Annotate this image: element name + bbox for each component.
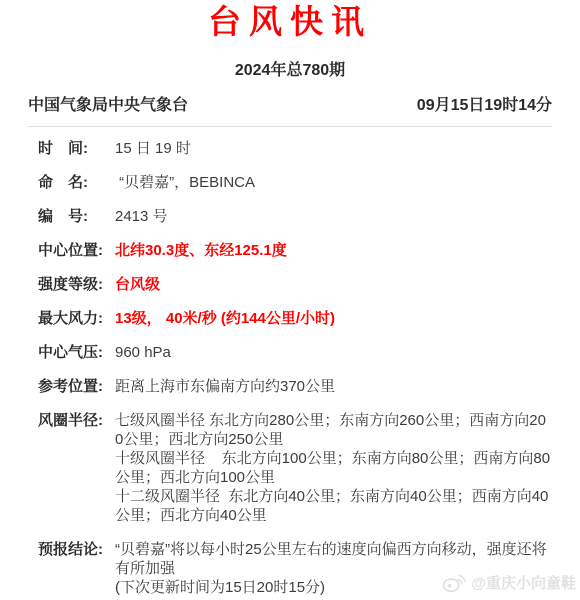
field-row-0: 时 间: 15 日 19 时 <box>28 139 552 158</box>
bulletin-fields: 时 间: 15 日 19 时 命 名: “贝碧嘉”，BEBINCA 编 号: 2… <box>28 139 552 597</box>
header-row: 中国气象局中央气象台 09月15日19时14分 <box>28 97 552 115</box>
field-value-line: 十级风圈半径 东北方向100公里；东南方向80公里；西南方向80公里；西北方向1… <box>115 449 552 487</box>
watermark-text: @重庆小向童鞋 <box>471 572 576 593</box>
field-label: 预报结论: <box>28 540 115 559</box>
field-value: 960 hPa <box>115 343 552 362</box>
field-row-1: 命 名: “贝碧嘉”，BEBINCA <box>28 173 552 192</box>
field-value: 距离上海市东偏南方向约370公里 <box>115 377 552 396</box>
field-row-4: 强度等级: 台风级 <box>28 275 552 294</box>
field-row-7: 参考位置: 距离上海市东偏南方向约370公里 <box>28 377 552 396</box>
field-value-line: 北纬30.3度、东经125.1度 <box>115 241 552 260</box>
page-title: 台风快讯 <box>28 0 552 41</box>
weibo-icon <box>442 572 466 593</box>
header-divider <box>28 126 552 127</box>
field-label: 参考位置: <box>28 377 115 396</box>
field-label: 强度等级: <box>28 275 115 294</box>
field-row-5: 最大风力: 13级， 40米/秒 (约144公里/小时) <box>28 309 552 328</box>
field-value: 七级风圈半径 东北方向280公里；东南方向260公里；西南方向200公里；西北方… <box>115 411 552 525</box>
publish-datetime: 09月15日19时14分 <box>417 97 552 115</box>
field-value-line: 距离上海市东偏南方向约370公里 <box>115 377 552 396</box>
field-row-6: 中心气压: 960 hPa <box>28 343 552 362</box>
field-value: 台风级 <box>115 275 552 294</box>
field-label: 中心位置: <box>28 241 115 260</box>
field-value: “贝碧嘉”，BEBINCA <box>115 173 552 192</box>
field-value-line: 15 日 19 时 <box>115 139 552 158</box>
agency-name: 中国气象局中央气象台 <box>28 97 188 115</box>
field-value: 15 日 19 时 <box>115 139 552 158</box>
field-label: 中心气压: <box>28 343 115 362</box>
watermark: @重庆小向童鞋 <box>442 572 576 593</box>
field-label: 风圈半径: <box>28 411 115 430</box>
field-label: 最大风力: <box>28 309 115 328</box>
field-value: 13级， 40米/秒 (约144公里/小时) <box>115 309 552 328</box>
field-value-line: 2413 号 <box>115 207 552 226</box>
field-value-line: 七级风圈半径 东北方向280公里；东南方向260公里；西南方向200公里；西北方… <box>115 411 552 449</box>
field-row-8: 风圈半径: 七级风圈半径 东北方向280公里；东南方向260公里；西南方向200… <box>28 411 552 525</box>
field-value: 北纬30.3度、东经125.1度 <box>115 241 552 260</box>
field-value-line: 十二级风圈半径 东北方向40公里；东南方向40公里；西南方向40公里；西北方向4… <box>115 487 552 525</box>
field-label: 时 间: <box>28 139 115 158</box>
field-value-line: “贝碧嘉”，BEBINCA <box>115 173 552 192</box>
field-value-line: 台风级 <box>115 275 552 294</box>
field-label: 命 名: <box>28 173 115 192</box>
typhoon-bulletin-page: 台风快讯 2024年总780期 中国气象局中央气象台 09月15日19时14分 … <box>0 0 580 600</box>
field-label: 编 号: <box>28 207 115 226</box>
field-row-2: 编 号: 2413 号 <box>28 207 552 226</box>
issue-number: 2024年总780期 <box>28 62 552 80</box>
field-row-3: 中心位置: 北纬30.3度、东经125.1度 <box>28 241 552 260</box>
field-value: 2413 号 <box>115 207 552 226</box>
field-value-line: 960 hPa <box>115 343 552 362</box>
field-value-line: 13级， 40米/秒 (约144公里/小时) <box>115 309 552 328</box>
